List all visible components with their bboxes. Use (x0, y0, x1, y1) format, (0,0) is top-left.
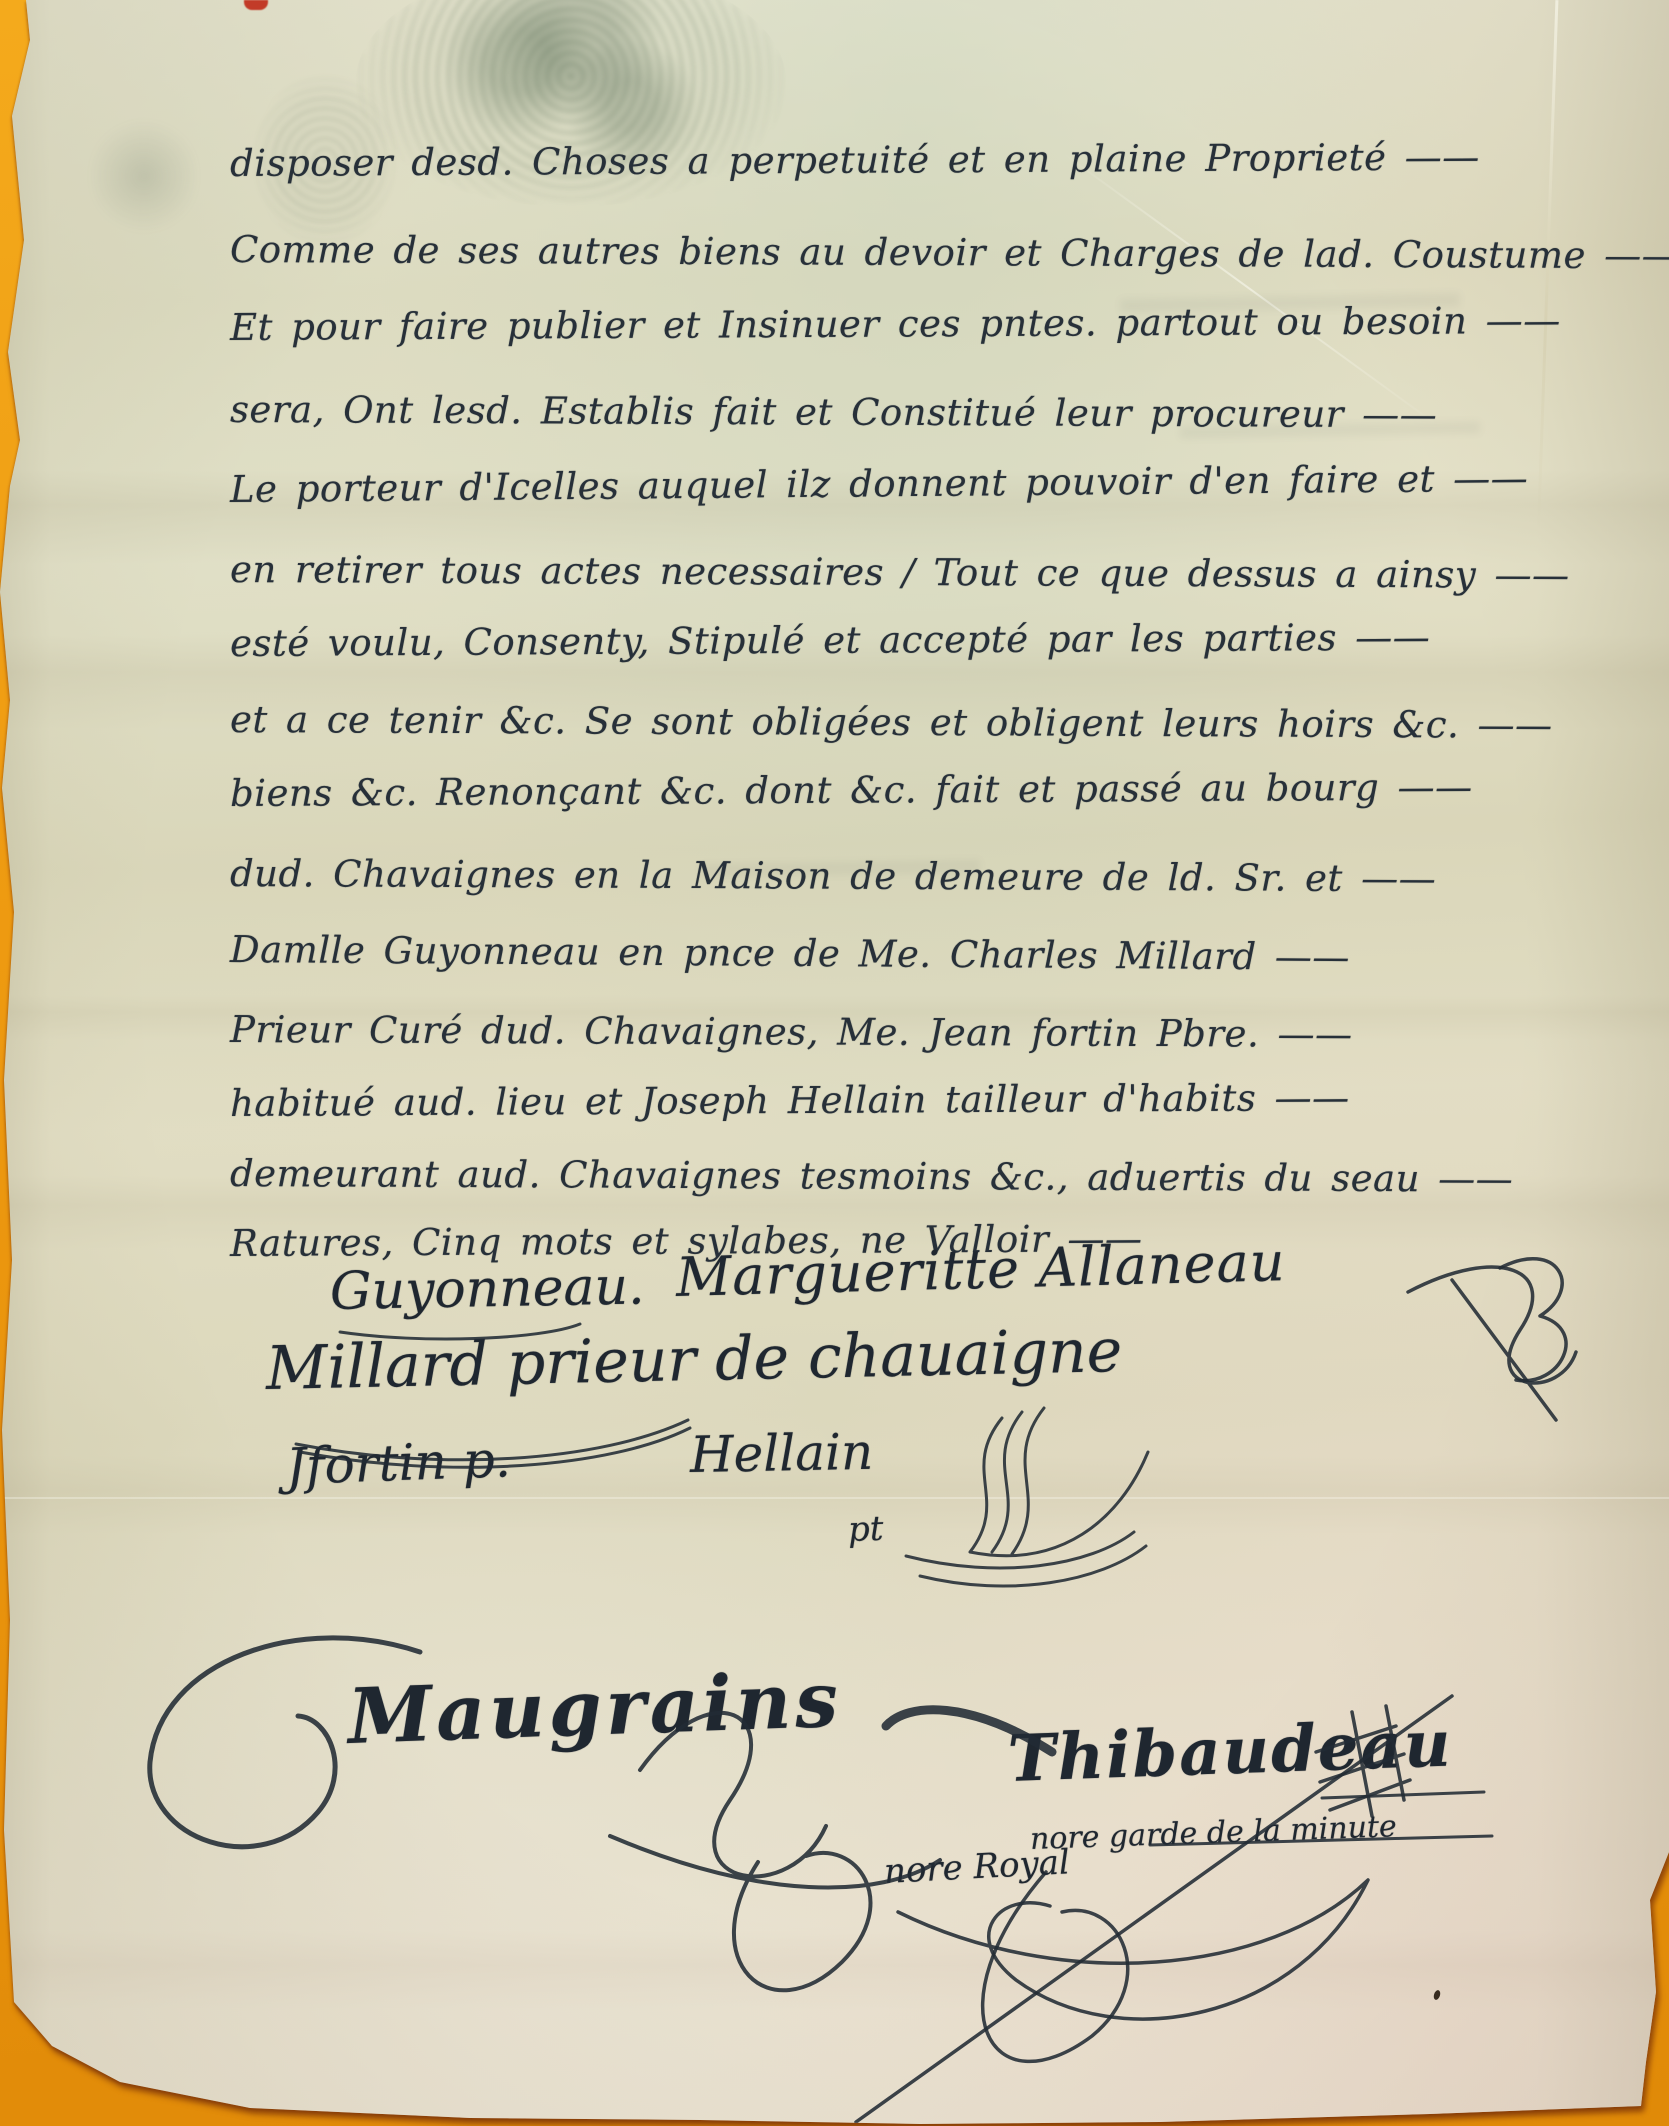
signature-thibaudeau: Thibaudeau (1007, 1707, 1454, 1797)
manuscript-line: dud. Chavaignes en la Maison de demeure … (230, 852, 1436, 900)
ink-fleck (1433, 1989, 1442, 2000)
flourish-pt-underline (906, 1532, 1146, 1586)
signature-maugrains: Maugrains (346, 1655, 843, 1761)
signature-millard: Millard prieur de chauaigne (265, 1316, 1123, 1404)
manuscript-line: Et pour faire publier et Insinuer ces pn… (230, 299, 1561, 349)
paper-shadow: disposer desd. Choses a perpetuité et en… (0, 0, 1669, 2126)
manuscript-line: biens &c. Renonçant &c. dont &c. fait et… (230, 765, 1473, 815)
flourish-allaneau-paraph (1500, 1259, 1566, 1381)
signature-notary-royal: nore Royal (883, 1842, 1071, 1892)
signature-hellain: Hellain (689, 1423, 873, 1484)
flourish-bottom-loop (983, 1872, 1128, 2061)
fold-crease (0, 1497, 1669, 1499)
manuscript-line: Le porteur d'Icelles auquel ilz donnent … (230, 457, 1528, 511)
flourish-hellain-strokes (970, 1408, 1148, 1556)
manuscript-line: Damlle Guyonneau en pnce de Me. Charles … (230, 928, 1350, 979)
manuscript-line: demeurant aud. Chavaignes tesmoins &c., … (230, 1152, 1513, 1201)
manuscript-line: sera, Ont lesd. Establis fait et Constit… (230, 388, 1437, 436)
manuscript-line: Prieur Curé dud. Chavaignes, Me. Jean fo… (230, 1008, 1353, 1056)
flourish-thibaudeau-underloop (898, 1880, 1368, 2019)
signature-thibaudeau-title: nore garde de la minute (1029, 1809, 1397, 1857)
manuscript-line: et a ce tenir &c. Se sont obligées et ob… (230, 698, 1553, 747)
flourish-millard-paraph (1408, 1267, 1576, 1420)
manuscript-line: en retirer tous actes necessaires / Tout… (230, 548, 1570, 597)
fold-crease (1059, 150, 1440, 428)
signature-fortin: Jfortin p. (285, 1430, 512, 1496)
faint-stain (92, 108, 196, 244)
signature-hellain-paraph: pt (847, 1509, 884, 1550)
red-ink-mark (244, 0, 268, 10)
signature-guyonneau: Guyonneau. (329, 1257, 644, 1322)
manuscript-line: esté voulu, Consenty, Stipulé et accepté… (230, 616, 1430, 665)
manuscript-line: disposer desd. Choses a perpetuité et en… (230, 135, 1480, 185)
scanned-document: disposer desd. Choses a perpetuité et en… (0, 0, 1669, 2126)
manuscript-page: disposer desd. Choses a perpetuité et en… (0, 0, 1669, 2126)
manuscript-line: habitué aud. lieu et Joseph Hellain tail… (230, 1076, 1350, 1125)
manuscript-line: Comme de ses autres biens au devoir et C… (230, 228, 1669, 277)
